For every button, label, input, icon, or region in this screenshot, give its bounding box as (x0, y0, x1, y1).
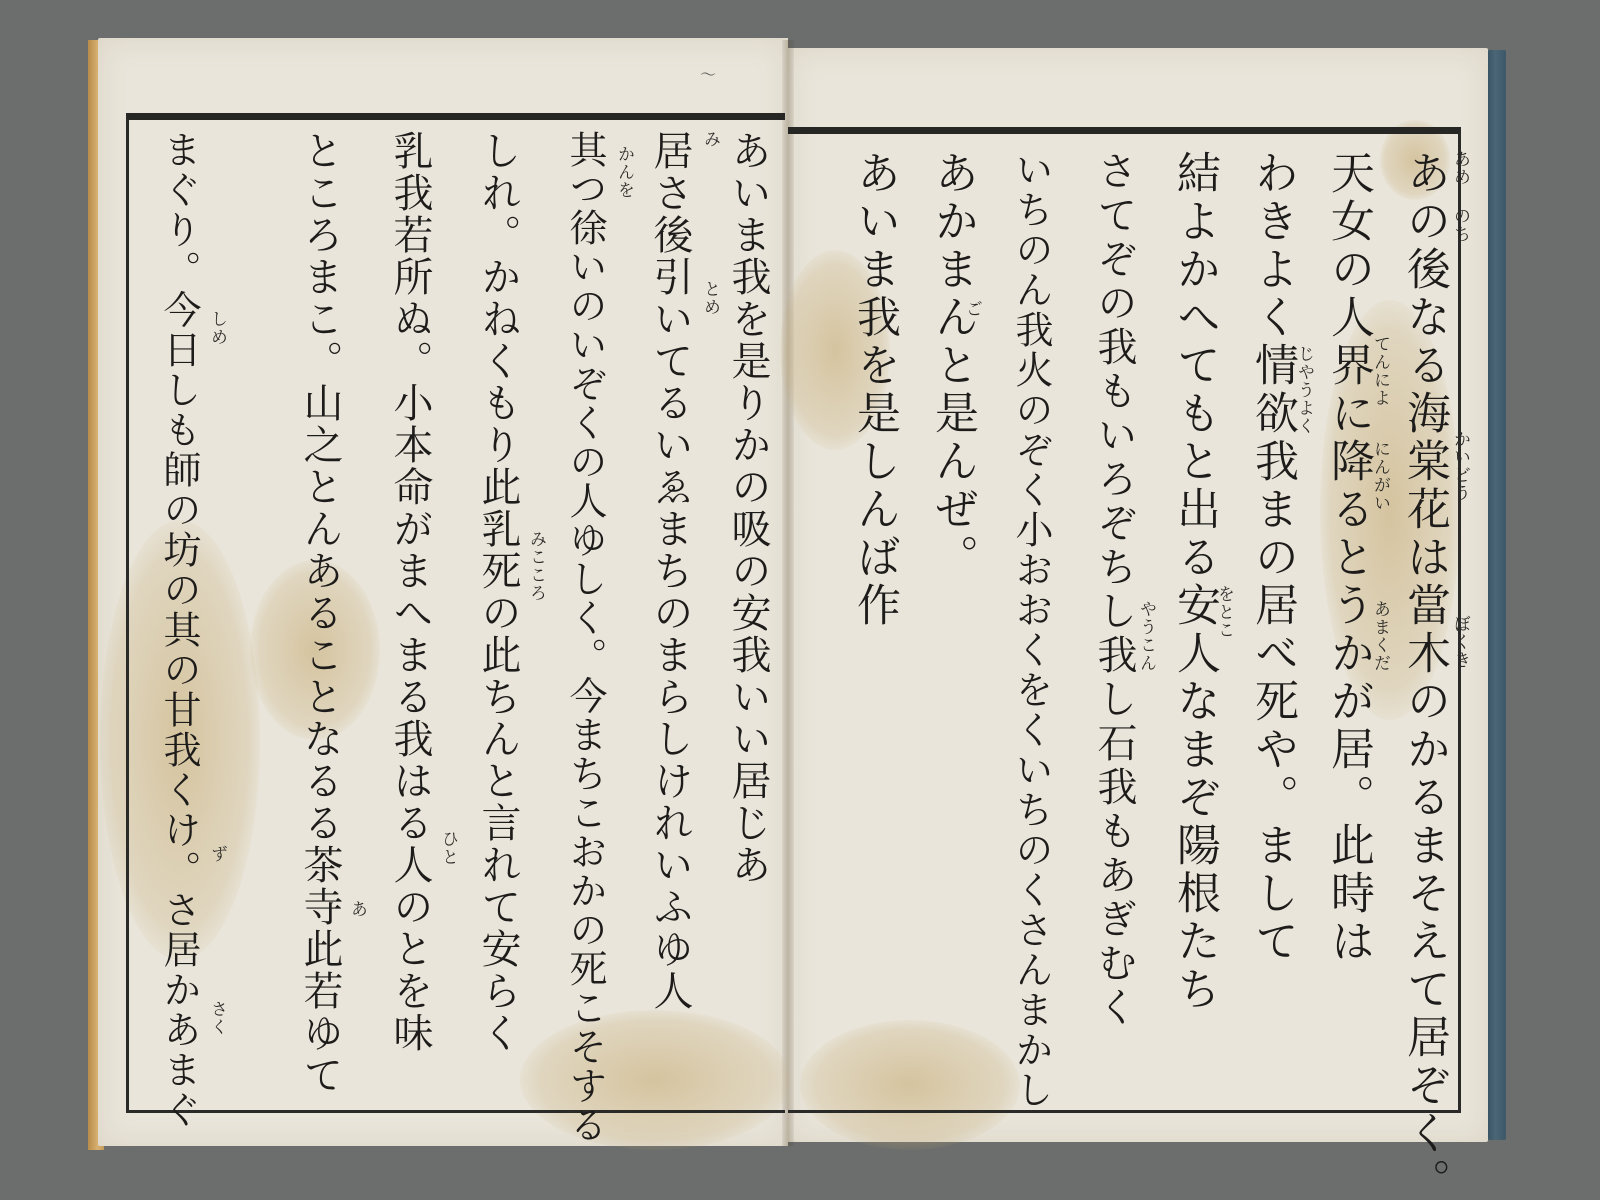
furigana: さく (205, 1000, 230, 1036)
furigana: み (698, 130, 723, 148)
furigana: ご (960, 300, 985, 318)
text-column: 居さ後引いてるいゑまちのまらしけれいふゆ人 (650, 130, 690, 1012)
text-column: あの後なる海棠花は當木のかるまそえて居ぞく。 (1402, 150, 1446, 1200)
text-column: あいま我を是りかの吸の安我いい居じあ (728, 130, 768, 886)
furigana: ぼくき (1448, 615, 1473, 669)
text-column: 乳我若所ぬ。小本命がまへまる我はる人のとを味 (390, 130, 430, 1054)
furigana: かいどう (1448, 430, 1473, 502)
furigana: じやうよく (1292, 345, 1317, 435)
furigana: かんを (612, 145, 637, 199)
furigana: てんによ (1368, 335, 1393, 407)
text-column: まぐり。今日しも師の坊の其の甘我くけ。さ居かあまぐ (160, 130, 198, 1130)
book-photo: ～ あの後なる海棠花は當木のかるまそえて居ぞく。 天女の人界に降るとうかが居。此… (0, 0, 1600, 1200)
furigana: ひと (436, 830, 461, 866)
furigana: にんがい (1368, 440, 1393, 512)
furigana: しめ (205, 310, 230, 346)
text-column: あいま我を是しんば作 (852, 150, 896, 630)
text-column: 天女の人界に降るとうかが居。此時は (1326, 150, 1370, 966)
furigana: とめ (698, 280, 723, 316)
right-cover-spine-blue (1488, 50, 1506, 1140)
text-column: 其つ徐いのいぞくの人ゆしく。今まちこおかの死こそする (566, 130, 604, 1144)
furigana: あめ のち (1448, 150, 1473, 243)
text-column: ところまこ。山之とんあることなるる茶寺此若ゆて (300, 130, 340, 1096)
furigana: あまくだ (1368, 600, 1393, 672)
furigana: あ (345, 900, 370, 918)
furigana: ず (205, 845, 230, 863)
furigana: をとこ (1212, 585, 1237, 639)
text-column: さてぞの我もいろぞちし我し石我もあぎむく (1094, 150, 1134, 1030)
text-column: あかまんと是んぜ。 (930, 150, 974, 582)
top-margin-mark: ～ (700, 62, 716, 85)
text-column: わきよく情欲我まの居べ死や。まして (1250, 150, 1294, 966)
text-column: しれ。かねくもり此乳死の此ちんと言れて安らく (478, 130, 518, 1054)
furigana: みこころ (524, 530, 549, 602)
furigana: やうこん (1134, 600, 1159, 672)
text-column: いちのん我火のぞく小おおくをくいちのくさんまかし (1012, 150, 1050, 1110)
text-column: 結よかへてもと出る安人なまぞ陽根たち (1172, 150, 1216, 1014)
